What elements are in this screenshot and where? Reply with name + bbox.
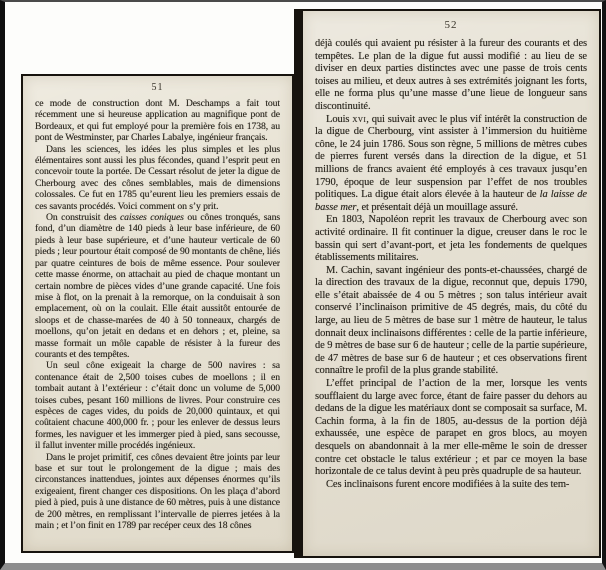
page-left: 51 ce mode de construction dont M. Desch… xyxy=(21,74,294,553)
paragraph: Dans les sciences, les idées les plus si… xyxy=(35,144,280,212)
page-number-right: 52 xyxy=(315,19,587,31)
paragraph: M. Cachin, savant ingénieur des ponts-et… xyxy=(315,265,587,378)
paragraph: Ces inclinaisons furent encore modifiées… xyxy=(315,479,587,492)
book-scan: 51 ce mode de construction dont M. Desch… xyxy=(0,0,606,570)
paragraph: Louis xvi, qui suivait avec le plus vif … xyxy=(315,114,587,215)
paragraph: Un seul cône exigeait la charge de 500 n… xyxy=(35,360,280,451)
page-right: 52 déjà coulés qui avaient pu résister à… xyxy=(294,9,601,558)
page-body-right: déjà coulés qui avaient pu résister à la… xyxy=(315,38,587,550)
paragraph: L’effet principal de l’action de la mer,… xyxy=(315,378,587,479)
page-number-left: 51 xyxy=(35,82,280,93)
page-body-left: ce mode de construction dont M. Deschamp… xyxy=(35,98,280,550)
paragraph: On construisit des caisses coniques ou c… xyxy=(35,212,280,360)
paragraph: ce mode de construction dont M. Deschamp… xyxy=(35,98,280,144)
paragraph: déjà coulés qui avaient pu résister à la… xyxy=(315,38,587,114)
paragraph: Dans le projet primitif, ces cônes devai… xyxy=(35,452,280,532)
paragraph: En 1803, Napoléon reprit les travaux de … xyxy=(315,214,587,264)
